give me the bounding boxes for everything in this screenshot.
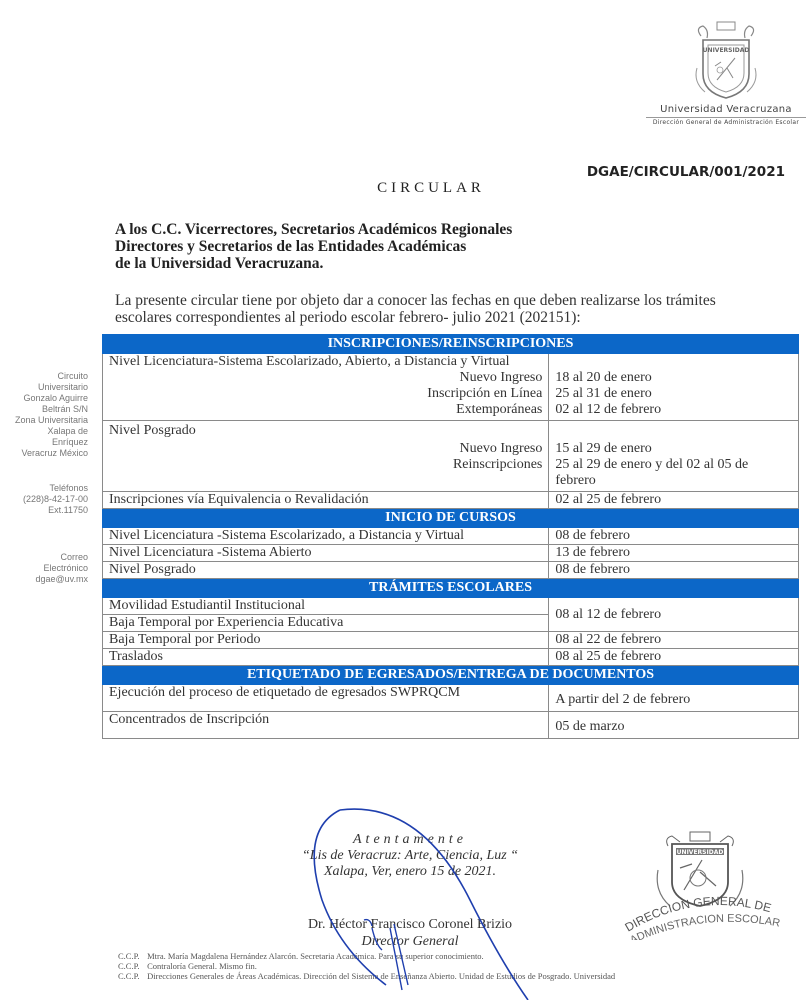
address-line: Xalapa de bbox=[0, 426, 88, 437]
signer-name: Dr. Héctor Francisco Coronel Brizio bbox=[260, 916, 560, 933]
svg-text:UNIVERSIDAD: UNIVERSIDAD bbox=[677, 849, 724, 856]
row-subitem: Extemporáneas bbox=[109, 402, 542, 418]
row-date: 08 al 22 de febrero bbox=[549, 632, 799, 649]
date-value: 25 al 29 de enero y del 02 al 05 de febr… bbox=[555, 457, 792, 489]
cc-text: Mtra. María Magdalena Hernández Alarcón.… bbox=[147, 951, 484, 961]
row-subitem: Nuevo Ingreso bbox=[109, 441, 542, 457]
closing-block: Atentamente “Lis de Veracruz: Arte, Cien… bbox=[260, 832, 560, 880]
logo-divider bbox=[646, 117, 806, 118]
phone-extension: Ext.11750 bbox=[0, 505, 88, 516]
date-value: 25 al 31 de enero bbox=[555, 386, 792, 402]
sidebar-address: Circuito Universitario Gonzalo Aguirre B… bbox=[0, 371, 88, 459]
svg-text:UNIVERSIDAD: UNIVERSIDAD bbox=[703, 47, 750, 54]
row-subitem: Inscripción en Línea bbox=[109, 386, 542, 402]
email-label: Electrónico bbox=[0, 563, 88, 574]
row-label: Nivel Posgrado Nuevo Ingreso Reinscripci… bbox=[103, 421, 549, 492]
row-date: 02 al 25 de febrero bbox=[549, 492, 799, 509]
row-date: A partir del 2 de febrero bbox=[549, 685, 799, 712]
address-line: Veracruz México bbox=[0, 448, 88, 459]
address-line: Zona Universitaria bbox=[0, 415, 88, 426]
row-label: Baja Temporal por Periodo bbox=[103, 632, 549, 649]
department-name: Dirección General de Administración Esco… bbox=[640, 119, 812, 126]
cc-text: Contraloría General. Mismo fin. bbox=[147, 961, 257, 971]
section-header: ETIQUETADO DE EGRESADOS/ENTREGA DE DOCUM… bbox=[103, 666, 799, 685]
address-line: Circuito bbox=[0, 371, 88, 382]
address-line: Gonzalo Aguirre bbox=[0, 393, 88, 404]
section-header: INSCRIPCIONES/REINSCRIPCIONES bbox=[103, 335, 799, 354]
row-label: Ejecución del proceso de etiquetado de e… bbox=[103, 685, 549, 712]
addressee-line: Directores y Secretarios de las Entidade… bbox=[115, 238, 512, 255]
email-label: Correo bbox=[0, 552, 88, 563]
cc-entry: C.C.P. Contraloría General. Mismo fin. bbox=[118, 961, 615, 971]
phone-label: Teléfonos bbox=[0, 483, 88, 494]
phone-number: (228)8-42-17-00 bbox=[0, 494, 88, 505]
signer-block: Dr. Héctor Francisco Coronel Brizio Dire… bbox=[260, 916, 560, 950]
row-label: Nivel Licenciatura-Sistema Escolarizado,… bbox=[103, 354, 549, 421]
row-label: Nivel Licenciatura -Sistema Abierto bbox=[103, 545, 549, 562]
row-label: Movilidad Estudiantil Institucional bbox=[103, 598, 549, 615]
row-dates: 18 al 20 de enero 25 al 31 de enero 02 a… bbox=[549, 354, 799, 421]
carbon-copy-list: C.C.P. Mtra. María Magdalena Hernández A… bbox=[118, 951, 615, 981]
row-date: 08 al 25 de febrero bbox=[549, 649, 799, 666]
sidebar-phone: Teléfonos (228)8-42-17-00 Ext.11750 bbox=[0, 483, 88, 516]
row-dates: 15 al 29 de enero 25 al 29 de enero y de… bbox=[549, 421, 799, 492]
row-label: Concentrados de Inscripción bbox=[103, 712, 549, 739]
place-date: Xalapa, Ver, enero 15 de 2021. bbox=[260, 864, 560, 880]
row-title: Nivel Licenciatura-Sistema Escolarizado,… bbox=[109, 354, 542, 370]
addressee-line: A los C.C. Vicerrectores, Secretarios Ac… bbox=[115, 221, 512, 238]
row-label: Baja Temporal por Experiencia Educativa bbox=[103, 615, 549, 632]
row-date: 08 de febrero bbox=[549, 528, 799, 545]
row-label: Traslados bbox=[103, 649, 549, 666]
salutation: Atentamente bbox=[260, 832, 560, 848]
row-label: Nivel Licenciatura -Sistema Escolarizado… bbox=[103, 528, 549, 545]
section-header: TRÁMITES ESCOLARES bbox=[103, 579, 799, 598]
row-date: 05 de marzo bbox=[549, 712, 799, 739]
intro-paragraph: La presente circular tiene por objeto da… bbox=[115, 292, 795, 326]
cc-entry: C.C.P. Mtra. María Magdalena Hernández A… bbox=[118, 951, 615, 961]
row-subitem: Reinscripciones bbox=[109, 457, 542, 473]
date-value: 02 al 12 de febrero bbox=[555, 402, 792, 418]
intro-line: La presente circular tiene por objeto da… bbox=[115, 292, 795, 309]
motto: “Lis de Veracruz: Arte, Ciencia, Luz “ bbox=[260, 848, 560, 864]
row-date: 13 de febrero bbox=[549, 545, 799, 562]
row-title: Nivel Posgrado bbox=[109, 423, 542, 439]
address-line: Universitario bbox=[0, 382, 88, 393]
sidebar-email: Correo Electrónico dgae@uv.mx bbox=[0, 552, 88, 585]
university-logo: UNIVERSIDAD Universidad Veracruzana Dire… bbox=[640, 18, 812, 126]
date-value: 15 al 29 de enero bbox=[555, 441, 792, 457]
signer-role: Director General bbox=[260, 933, 560, 950]
address-line: Enríquez bbox=[0, 437, 88, 448]
row-date: 08 al 12 de febrero bbox=[549, 598, 799, 632]
schedule-table: INSCRIPCIONES/REINSCRIPCIONES Nivel Lice… bbox=[102, 334, 799, 739]
addressee: A los C.C. Vicerrectores, Secretarios Ac… bbox=[115, 221, 512, 272]
cc-entry: C.C.P. Direcciones Generales de Áreas Ac… bbox=[118, 971, 615, 981]
email-link[interactable]: dgae@uv.mx bbox=[0, 574, 88, 585]
date-value: 18 al 20 de enero bbox=[555, 370, 792, 386]
cc-key: C.C.P. bbox=[118, 951, 145, 961]
official-stamp-icon: UNIVERSIDAD DIRECCION GENERAL DE ADMINIS… bbox=[610, 830, 790, 940]
row-label: Nivel Posgrado bbox=[103, 562, 549, 579]
row-date: 08 de febrero bbox=[549, 562, 799, 579]
row-subitem: Nuevo Ingreso bbox=[109, 370, 542, 386]
addressee-line: de la Universidad Veracruzana. bbox=[115, 255, 512, 272]
university-seal-icon: UNIVERSIDAD bbox=[687, 18, 765, 102]
cc-key: C.C.P. bbox=[118, 971, 145, 981]
cc-text: Direcciones Generales de Áreas Académica… bbox=[147, 971, 615, 981]
section-header: INICIO DE CURSOS bbox=[103, 509, 799, 528]
circular-reference: DGAE/CIRCULAR/001/2021 bbox=[587, 164, 785, 180]
intro-line: escolares correspondientes al periodo es… bbox=[115, 309, 795, 326]
university-name: Universidad Veracruzana bbox=[640, 104, 812, 115]
address-line: Beltrán S/N bbox=[0, 404, 88, 415]
document-title: CIRCULAR bbox=[0, 180, 812, 197]
row-label: Inscripciones vía Equivalencia o Revalid… bbox=[103, 492, 549, 509]
cc-key: C.C.P. bbox=[118, 961, 145, 971]
